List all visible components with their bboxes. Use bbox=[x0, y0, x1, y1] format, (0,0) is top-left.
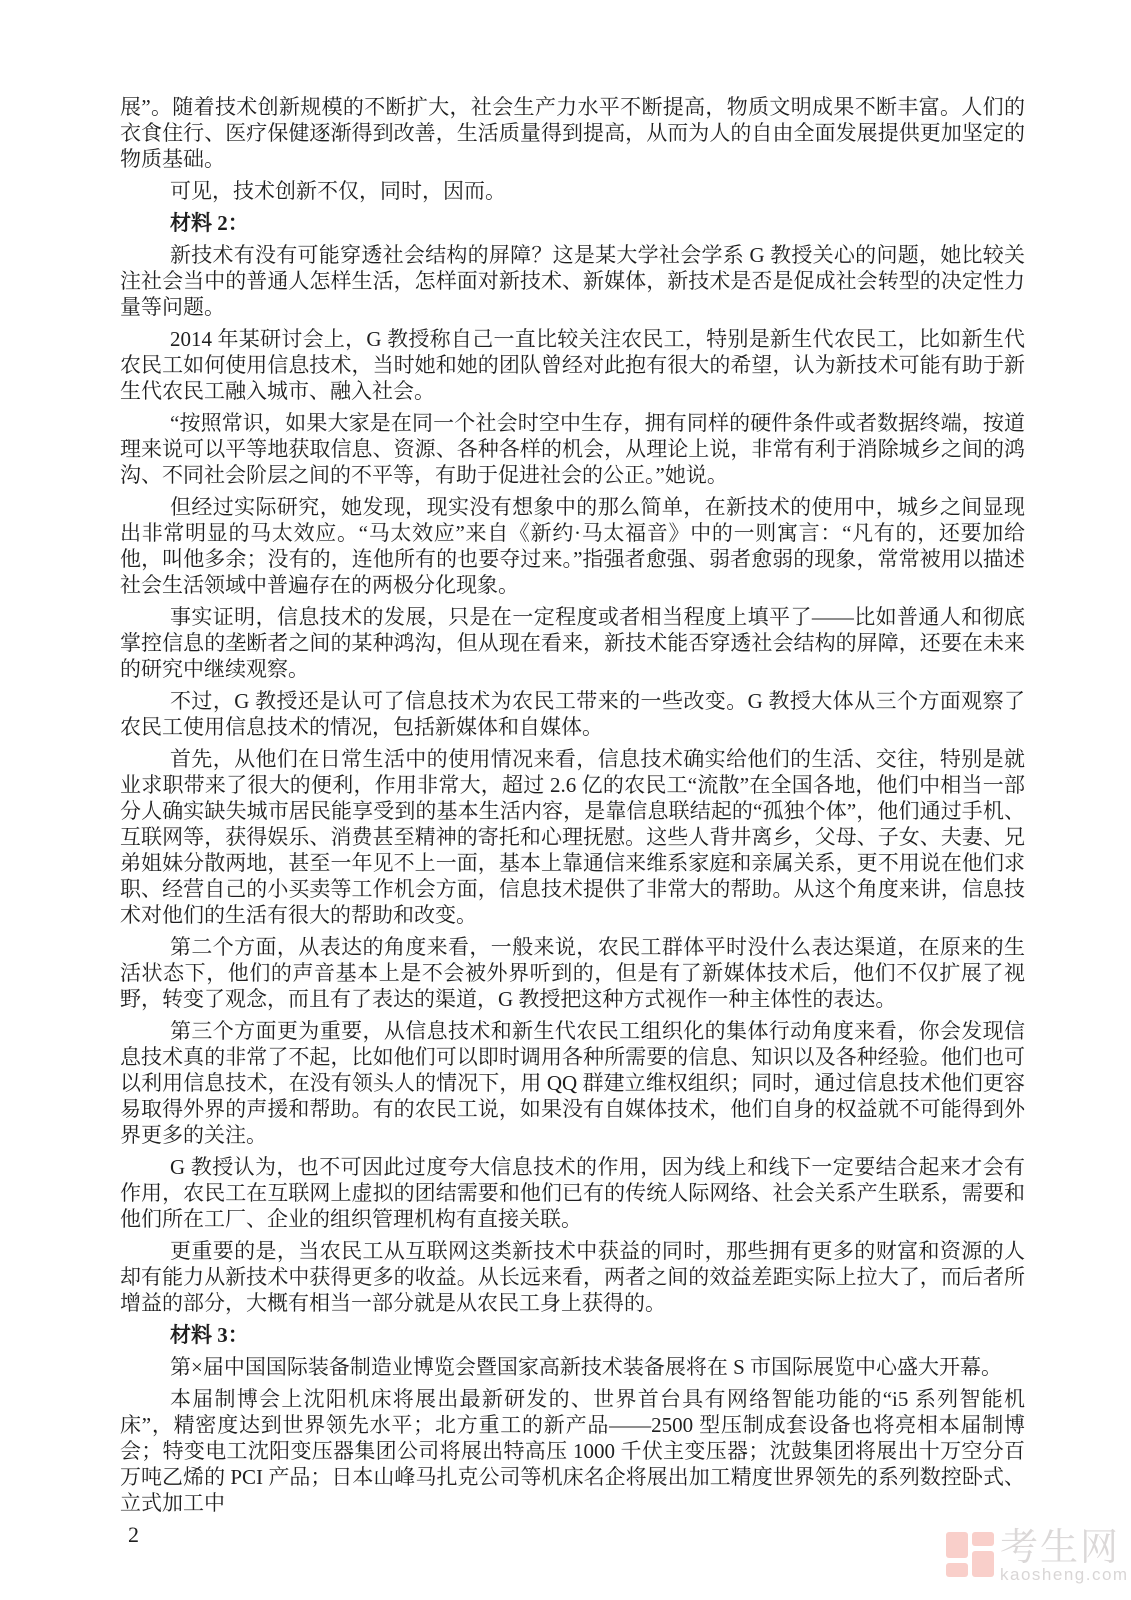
paragraph: “按照常识，如果大家是在同一个社会时空中生存，拥有同样的硬件条件或者数据终端，按… bbox=[120, 410, 1025, 488]
watermark-domain: kaosheng.com bbox=[1000, 1566, 1129, 1583]
paragraph: G 教授认为，也不可因此过度夸大信息技术的作用，因为线上和线下一定要结合起来才会… bbox=[120, 1154, 1025, 1232]
page-number: 2 bbox=[128, 1522, 139, 1548]
logo-right-column bbox=[972, 1532, 994, 1577]
document-body: 展”。随着技术创新规模的不断扩大，社会生产力水平不断提高，物质文明成果不断丰富。… bbox=[120, 94, 1025, 1522]
paragraph: 首先，从他们在日常生活中的使用情况来看，信息技术确实给他们的生活、交往，特别是就… bbox=[120, 746, 1025, 928]
material-3-heading: 材料 3： bbox=[120, 1322, 1025, 1348]
logo-block bbox=[946, 1532, 968, 1558]
paragraph: 新技术有没有可能穿透社会结构的屏障？这是某大学社会学系 G 教授关心的问题，她比… bbox=[120, 242, 1025, 320]
paragraph: 第二个方面，从表达的角度来看，一般来说，农民工群体平时没什么表达渠道，在原来的生… bbox=[120, 934, 1025, 1012]
kaosheng-watermark: 考生网 kaosheng.com bbox=[946, 1532, 1129, 1583]
paragraph: 不过，G 教授还是认可了信息技术为农民工带来的一些改变。G 教授大体从三个方面观… bbox=[120, 688, 1025, 740]
paragraph: 展”。随着技术创新规模的不断扩大，社会生产力水平不断提高，物质文明成果不断丰富。… bbox=[120, 94, 1025, 172]
logo-block bbox=[972, 1532, 994, 1546]
paragraph: 第×届中国国际装备制造业博览会暨国家高新技术装备展将在 S 市国际展览中心盛大开… bbox=[120, 1354, 1025, 1380]
logo-left-column bbox=[946, 1532, 968, 1577]
paragraph: 可见，技术创新不仅，同时，因而。 bbox=[120, 178, 1025, 204]
paragraph: 更重要的是，当农民工从互联网这类新技术中获益的同时，那些拥有更多的财富和资源的人… bbox=[120, 1238, 1025, 1316]
paragraph: 事实证明，信息技术的发展，只是在一定程度或者相当程度上填平了——比如普通人和彻底… bbox=[120, 604, 1025, 682]
material-2-heading: 材料 2： bbox=[120, 210, 1025, 236]
watermark-brand: 考生网 bbox=[1000, 1532, 1129, 1564]
paragraph: 本届制博会上沈阳机床将展出最新研发的、世界首台具有网络智能功能的“i5 系列智能… bbox=[120, 1386, 1025, 1516]
document-page: 展”。随着技术创新规模的不断扩大，社会生产力水平不断提高，物质文明成果不断丰富。… bbox=[0, 0, 1131, 1600]
paragraph: 但经过实际研究，她发现，现实没有想象中的那么简单，在新技术的使用中，城乡之间显现… bbox=[120, 494, 1025, 598]
logo-block bbox=[972, 1551, 994, 1577]
paragraph: 2014 年某研讨会上，G 教授称自己一直比较关注农民工，特别是新生代农民工，比… bbox=[120, 326, 1025, 404]
watermark-text: 考生网 kaosheng.com bbox=[1000, 1532, 1129, 1583]
paragraph: 第三个方面更为重要，从信息技术和新生代农民工组织化的集体行动角度来看，你会发现信… bbox=[120, 1018, 1025, 1148]
logo-block bbox=[946, 1563, 968, 1577]
kaosheng-logo-icon bbox=[946, 1532, 994, 1577]
